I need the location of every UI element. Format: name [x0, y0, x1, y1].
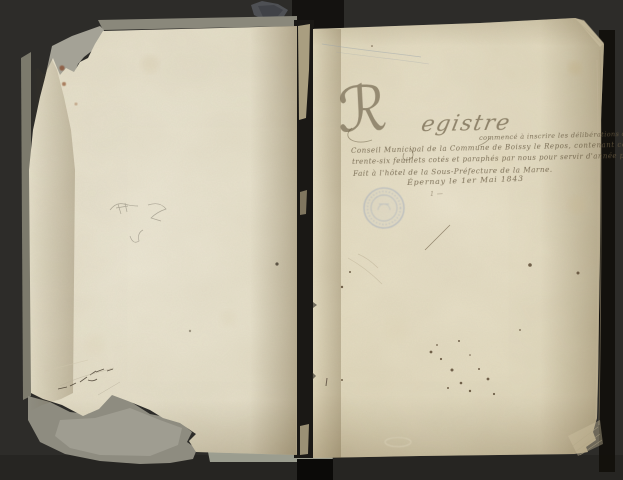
scanned-register-page: ℛ egistre commencé à inscrire les délibé…	[0, 0, 623, 480]
round-ink-stamp-icon	[364, 188, 404, 228]
book-scan-art	[0, 0, 623, 480]
gutter-bottom-shadow	[297, 459, 333, 480]
